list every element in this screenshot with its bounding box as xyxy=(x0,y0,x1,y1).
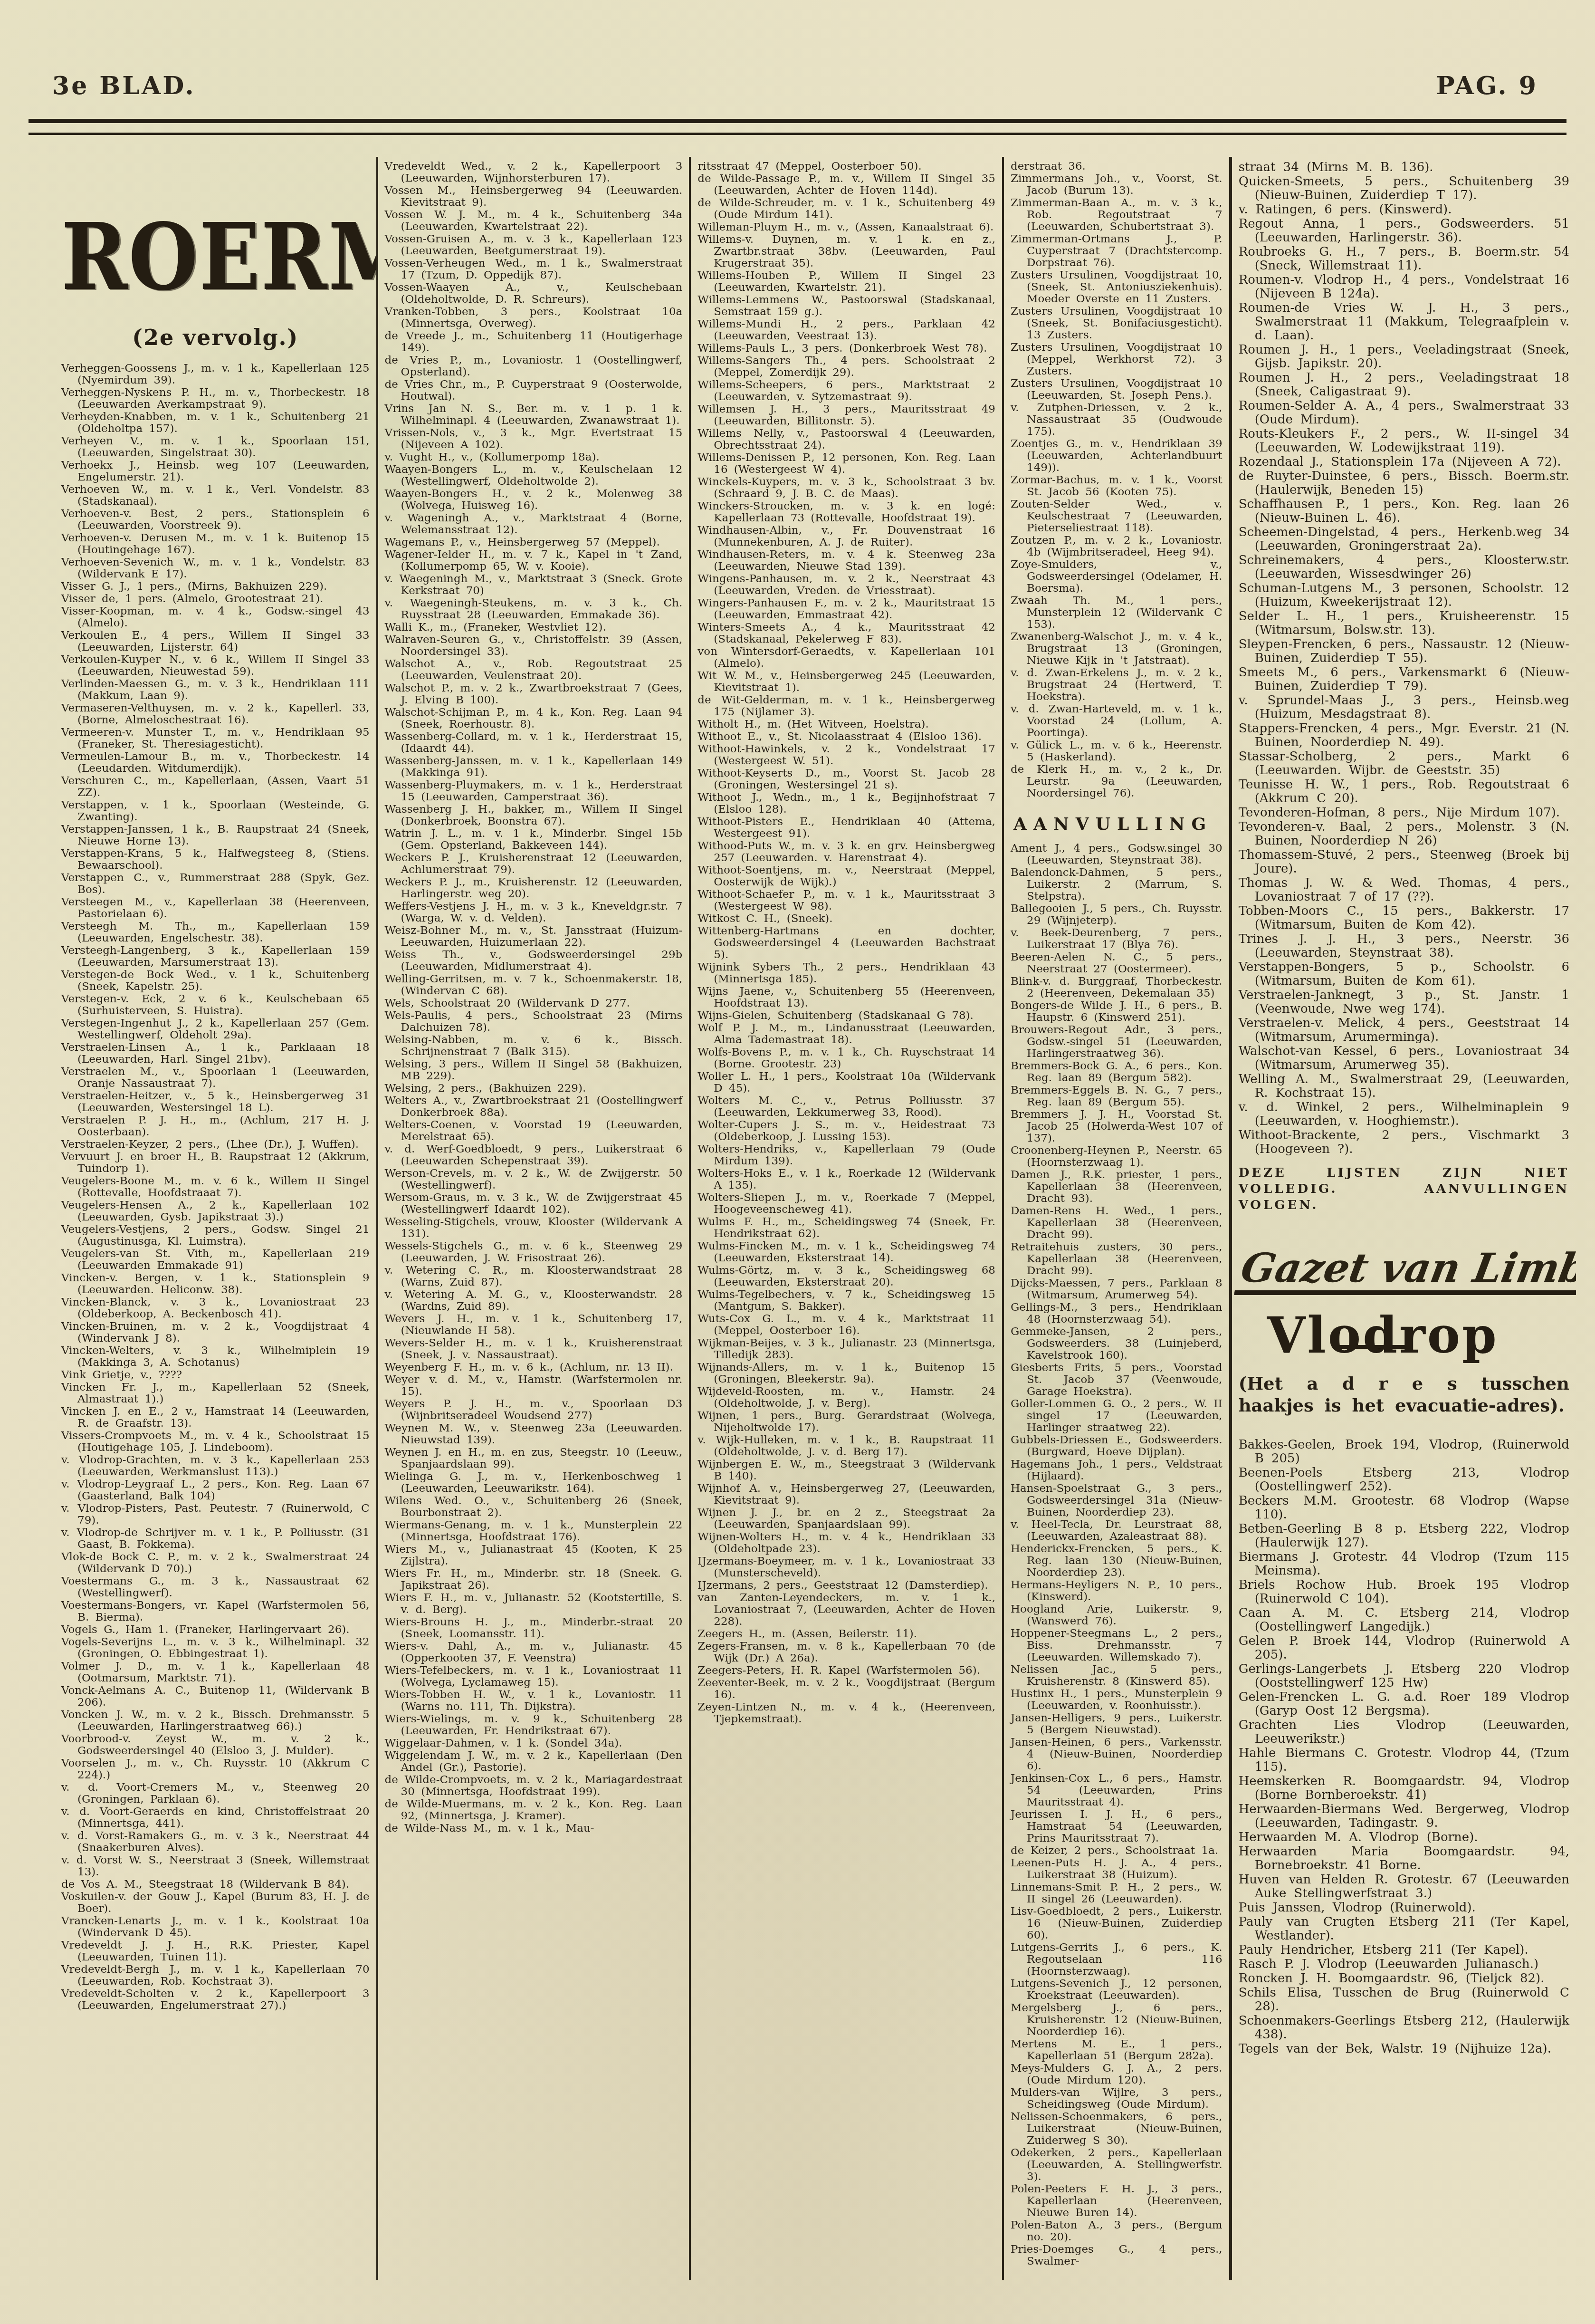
directory-entry: Verhoeven W., m. v. 1 k., Verl. Vondelst… xyxy=(61,484,370,508)
directory-entry: Selder L. H., 1 pers., Kruisheerenstr. 1… xyxy=(1239,610,1569,637)
directory-entry: Verlinden-Maessen G., m. v. 3 k., Hendri… xyxy=(61,678,370,702)
directory-entry: Wiers-Wielings, m. v. 9 k., Schuitenberg… xyxy=(385,1713,683,1737)
directory-entry: Herwaarden-Biermans Wed. Bergerweg, Vlod… xyxy=(1239,1803,1569,1830)
directory-entry: Visser-Koopman, m. v. 4 k., Godsw.-singe… xyxy=(61,605,370,629)
directory-entry: Withoot-Pisters E., Hendriklaan 40 (Atte… xyxy=(697,816,995,840)
directory-entry: Rasch P. J. Vlodrop (Leeuwarden Julianas… xyxy=(1239,1958,1569,1971)
directory-entry: Goller-Lommen G. O., 2 pers., W. II sing… xyxy=(1011,1398,1223,1434)
directory-entry: Schoenmakers-Geerlings Etsberg 212, (Hau… xyxy=(1239,2014,1569,2042)
directory-entry: Hermans-Heyligers N. P., 10 pers., (Kins… xyxy=(1011,1579,1223,1603)
directory-entry: Grachten Lies Vlodrop (Leeuwarden, Leeuw… xyxy=(1239,1719,1569,1746)
column-1: ROERMOND (2e vervolg.) Verheggen-Goossen… xyxy=(55,157,376,2280)
city-title: ROERMOND xyxy=(61,213,370,300)
directory-entry: Verheggen-Nyskens P. H., m. v., Thorbeck… xyxy=(61,387,370,411)
directory-entry: Linnemans-Smit P. H., 2 pers., W. II sin… xyxy=(1011,1882,1223,1905)
directory-entry: Vredeveldt-Bergh J., m. v. 1 k., Kapelle… xyxy=(61,1964,370,1988)
directory-entry: Weckers P. J., m., Kruisherenstr. 12 (Le… xyxy=(385,876,683,900)
directory-list-col4-top: derstraat 36.Zimmermans Joh., v., Voorst… xyxy=(1011,161,1223,799)
directory-entry: de Wilde-Muermans, m. v. 2 k., Kon. Reg.… xyxy=(385,1798,683,1822)
directory-entry: Willems-Pauls L., 3 pers. (Donkerbroek W… xyxy=(697,343,995,355)
directory-entry: Wagemans P., v., Heinsbergerweg 57 (Mepp… xyxy=(385,537,683,548)
directory-entry: Verhoeven-v. Derusen M., m. v. 1 k. Buit… xyxy=(61,532,370,556)
directory-entry: Zimmerman-Ortmans J., P. Cuyperstraat 7 … xyxy=(1011,233,1223,269)
directory-entry: IJzermans, 2 pers., Geeststraat 12 (Dams… xyxy=(697,1580,995,1592)
directory-entry: Meys-Mulders G. J. A., 2 pers. (Oude Mir… xyxy=(1011,2063,1223,2086)
directory-entry: Schils Elisa, Tusschen de Brug (Ruinerwo… xyxy=(1239,1986,1569,2014)
page-header: 3e BLAD. PAG. 9 xyxy=(52,71,1538,100)
directory-entry: Wersom-Graus, m. v. 3 k., W. de Zwijgers… xyxy=(385,1192,683,1216)
directory-entry: Wels-Paulis, 4 pers., Schoolstraat 23 (M… xyxy=(385,1010,683,1034)
directory-entry: Verstraelen-v. Melick, 4 pers., Geeststr… xyxy=(1239,1017,1569,1044)
directory-entry: Wijnhof A. v., Heinsbergerweg 27, (Leeuw… xyxy=(697,1483,995,1507)
directory-entry: Wiers-Tefelbeckers, m. v. 1 k., Lovanios… xyxy=(385,1665,683,1689)
directory-entry: derstraat 36. xyxy=(1011,161,1223,173)
directory-entry: Caan A. M. C. Etsberg 214, Vlodrop (Oost… xyxy=(1239,1606,1569,1634)
directory-entry: Wijnands-Allers, m. v. 1 k., Buitenop 15… xyxy=(697,1362,995,1385)
directory-entry: Wijkman-Beijes, v. 3 k., Julianastr. 23 … xyxy=(697,1337,995,1361)
directory-entry: Waayen-Bongers L., m. v., Keulschelaan 1… xyxy=(385,464,683,488)
directory-entry: Veugelers-van St. Vith, m., Kapellerlaan… xyxy=(61,1248,370,1272)
directory-entry: Sleypen-Frencken, 6 pers., Nassaustr. 12… xyxy=(1239,638,1569,665)
directory-entry: de Wilde-Passage P., m. v., Willem II Si… xyxy=(697,173,995,197)
directory-entry: Tobben-Moors C., 15 pers., Bakkerstr. 17… xyxy=(1239,904,1569,932)
directory-entry: de Wit-Gelderman, m. v. 1 k., Heinsberge… xyxy=(697,694,995,718)
directory-entry: Vincken-Welters, v. 3 k., Wilhelmiplein … xyxy=(61,1345,370,1369)
column-5: straat 34 (Mirns M. B. 136).Quicken-Smee… xyxy=(1229,157,1576,2280)
directory-entry: Walli K., m., (Franeker, Westvliet 12). xyxy=(385,622,683,634)
directory-entry: Jansen-Heinen, 6 pers., Varkensstr. 4 (N… xyxy=(1011,1737,1223,1772)
directory-entry: Huven van Helden R. Grotestr. 67 (Leeuwa… xyxy=(1239,1873,1569,1901)
directory-entry: Wulms-Fincken M., m. v. 1 k., Scheidings… xyxy=(697,1240,995,1264)
directory-entry: Blink-v. d. Burggraaf, Thorbeckestr. 2 (… xyxy=(1011,976,1223,999)
directory-entry: Willems-Denissen P., 12 personen, Kon. R… xyxy=(697,452,995,476)
directory-entry: Beeren-Aelen N. C., 5 pers., Neerstraat … xyxy=(1011,951,1223,975)
directory-entry: Witkost C. H., (Sneek). xyxy=(697,913,995,925)
directory-entry: Wiers M., v., Julianastraat 45 (Kooten, … xyxy=(385,1544,683,1567)
directory-entry: Herwaarden Maria Boomgaardstr. 94, Borne… xyxy=(1239,1845,1569,1873)
directory-entry: Damen J., R.K. priester, 1 pers., Kapell… xyxy=(1011,1169,1223,1205)
directory-entry: Wingens-Panhausen, m. v. 2 k., Neerstraa… xyxy=(697,573,995,597)
directory-entry: Voncken J. W., m. v. 2 k., Bissch. Drehm… xyxy=(61,1709,370,1733)
directory-entry: Nelissen-Schoenmakers, 6 pers., Luikerst… xyxy=(1011,2111,1223,2147)
directory-entry: Vranken-Tobben, 3 pers., Koolstraat 10a … xyxy=(385,306,683,330)
directory-entry: Hansen-Spoelstraat G., 3 pers., Godsweer… xyxy=(1011,1483,1223,1518)
directory-entry: Vissers-Crompvoets M., m. v. 4 k., Schoo… xyxy=(61,1430,370,1454)
directory-entry: Wijnen, 1 pers., Burg. Gerardstraat (Wol… xyxy=(697,1410,995,1434)
directory-entry: Zusters Ursulinen, Voogdijstraat 10, (Sn… xyxy=(1011,269,1223,305)
directory-entry: Betben-Geerling B 8 p. Etsberg 222, Vlod… xyxy=(1239,1522,1569,1550)
directory-entry: Wulms-Görtz, m. v. 3 k., Scheidingsweg 6… xyxy=(697,1265,995,1288)
directory-entry: Vogels-Severijns L., m. v. 3 k., Wilhelm… xyxy=(61,1636,370,1660)
directory-entry: Willems-Houben P., Willem II Singel 23 (… xyxy=(697,270,995,294)
directory-entry: v. d. Zwan-Harteveld, m. v. 1 k., Voorst… xyxy=(1011,703,1223,739)
directory-entry: van Zanten-Leyendeckers, m. v. 1 k., Lov… xyxy=(697,1592,995,1628)
directory-entry: Versteegen M., v., Kapellerlaan 38 (Heer… xyxy=(61,896,370,920)
directory-entry: Willems-v. Duynen, m. v. 1 k. en z., Zwa… xyxy=(697,234,995,269)
directory-entry: Windhausen-Albin, v., Fr. Douvenstraat 1… xyxy=(697,525,995,548)
directory-entry: v. Wetering A. M. G., v., Kloosterwandst… xyxy=(385,1289,683,1313)
directory-entry: Verschuren C., m., Kapellerlaan, (Assen,… xyxy=(61,775,370,799)
directory-entry: Wingers-Panhausen F., m. v. 2 k., Maurit… xyxy=(697,597,995,621)
directory-entry: Herwaarden M. A. Vlodrop (Borne). xyxy=(1239,1831,1569,1844)
directory-entry: Wolfs-Bovens P., m. v. 1 k., Ch. Ruyschs… xyxy=(697,1047,995,1070)
directory-entry: Vossen-Waayen A., v., Keulschebaan (Olde… xyxy=(385,282,683,306)
directory-entry: Nelissen Jac., 5 pers., Kruisherenstr. 8… xyxy=(1011,1664,1223,1688)
directory-list-col5-top: straat 34 (Mirns M. B. 136).Quicken-Smee… xyxy=(1239,161,1569,1156)
directory-entry: Windhausen-Reters, m. v. 4 k. Steenweg 2… xyxy=(697,549,995,573)
directory-entry: Wiers-v. Dahl, A., m. v., Julianastr. 45… xyxy=(385,1641,683,1664)
directory-entry: de Vries Chr., m., P. Cuyperstraat 9 (Oo… xyxy=(385,379,683,403)
directory-entry: Withoot-Schaefer P., m. v. 1 k., Maurits… xyxy=(697,889,995,912)
directory-entry: Wassenberg-Janssen, m. v. 1 k., Kapeller… xyxy=(385,755,683,779)
directory-entry: de Vos A. M., Steegstraat 18 (Wildervank… xyxy=(61,1879,370,1891)
directory-entry: Polen-Peeters F. H. J., 3 pers., Kapelle… xyxy=(1011,2183,1223,2219)
directory-entry: Weisz-Bohner M., m. v., St. Jansstraat (… xyxy=(385,925,683,949)
directory-entry: de Wilde-Nass M., m. v. 1 k., Mau- xyxy=(385,1823,683,1834)
directory-entry: Verheyden-Knabben, m. v. 1 k., Schuitenb… xyxy=(61,411,370,435)
directory-entry: Zwanenberg-Walschot J., m. v. 4 k., Brug… xyxy=(1011,631,1223,667)
directory-entry: Damen-Rens H. Wed., 1 pers., Kapellerlaa… xyxy=(1011,1205,1223,1241)
directory-entry: v. Wijk-Hulleken, m. v. 1 k., B. Raupstr… xyxy=(697,1434,995,1458)
directory-entry: v. Sprundel-Maas J., 3 pers., Heinsb.weg… xyxy=(1239,694,1569,721)
directory-entry: Wijns-Gielen, Schuitenberg (Stadskanaal … xyxy=(697,1010,995,1022)
directory-entry: Verstraelen M., v., Spoorlaan 1 (Leeuwar… xyxy=(61,1066,370,1090)
directory-entry: Vossen W. J. M., m. 4 k., Schuitenberg 3… xyxy=(385,209,683,233)
directory-entry: Walraven-Seuren G., v., Christoffelstr. … xyxy=(385,634,683,658)
directory-entry: v. Vlodrop-Pisters, Past. Peutestr. 7 (R… xyxy=(61,1503,370,1527)
directory-entry: Wolter-Cupers J. S., m. v., Heidestraat … xyxy=(697,1119,995,1143)
directory-entry: Winters-Smeets A., 4 k., Mauritsstraat 4… xyxy=(697,622,995,645)
directory-list-col3: ritsstraat 47 (Meppel, Oosterboer 50).de… xyxy=(697,161,995,1725)
directory-entry: Ballegooien J., 5 pers., Ch. Ruysstr. 29… xyxy=(1011,903,1223,927)
directory-entry: Zegers-Fransen, m. v. 8 k., Kapellerbaan… xyxy=(697,1641,995,1664)
directory-entry: v. Wetering C. R., m. Kloosterwandstraat… xyxy=(385,1265,683,1288)
directory-entry: Gelen P. Broek 144, Vlodrop (Ruinerwold … xyxy=(1239,1634,1569,1662)
directory-entry: Jenkinsen-Cox L., 6 pers., Hamstr. 54 (L… xyxy=(1011,1773,1223,1808)
directory-entry: Wevers-Selder H., m. v. 1 k., Kruisheren… xyxy=(385,1337,683,1361)
directory-entry: Vermeulen-Lamour B., m. v., Thorbeckestr… xyxy=(61,751,370,775)
directory-entry: Wielinga G. J., m. v., Herkenboschweg 1 … xyxy=(385,1471,683,1495)
directory-entry: Vincken-Bruinen, m. v. 2 k., Voogdijstra… xyxy=(61,1321,370,1344)
directory-entry: v. Vught H., v., (Kollumerpomp 18a). xyxy=(385,451,683,463)
directory-entry: Zouten-Selder Wed., v. Keulschestraat 7 … xyxy=(1011,499,1223,534)
directory-entry: Lutgens-Gerrits J., 6 pers., K. Regoutse… xyxy=(1011,1942,1223,1978)
directory-entry: Bremmers J. J. H., Voorstad St. Jacob 25… xyxy=(1011,1109,1223,1144)
directory-entry: Zormar-Bachus, m. v. 1 k., Voorst St. Ja… xyxy=(1011,474,1223,498)
directory-entry: Routs-Kleukers F., 2 pers., W. II-singel… xyxy=(1239,427,1569,455)
directory-entry: Gelen-Frencken L. G. a.d. Roer 189 Vlodr… xyxy=(1239,1690,1569,1718)
directory-entry: Wiers F. H., m. v., Julianastr. 52 (Koot… xyxy=(385,1592,683,1616)
directory-entry: Wolters-Hendriks, v., Kapellerlaan 79 (O… xyxy=(697,1143,995,1167)
directory-entry: Wassenberg J. H., bakker, m., Willem II … xyxy=(385,804,683,827)
directory-entry: Retraitehuis zusters, 30 pers., Kapeller… xyxy=(1011,1241,1223,1277)
vlodrop-heading: Vlodrop xyxy=(1267,1328,1569,1342)
directory-entry: Zusters Ursulinen, Voogdijstraat 10 (Sne… xyxy=(1011,306,1223,341)
directory-entry: Vincken Fr. J., m., Kapellerlaan 52 (Sne… xyxy=(61,1382,370,1405)
directory-entry: Wolters M. C., v., Petrus Polliusstr. 37… xyxy=(697,1095,995,1119)
directory-entry: Mertens M. E., 1 pers., Kapellerlaan 51 … xyxy=(1011,2038,1223,2062)
directory-entry: de Klerk H., m. v., 2 k., Dr. Leurstr. 9… xyxy=(1011,764,1223,799)
directory-entry: Vossen-Verheugen Wed., m. 1 k., Swalmers… xyxy=(385,258,683,281)
directory-entry: Verkoulen E., 4 pers., Willem II Singel … xyxy=(61,630,370,653)
directory-entry: Zeyen-Lintzen N., m. v. 4 k., (Heerenvee… xyxy=(697,1701,995,1725)
directory-entry: Voorselen J., m. v., Ch. Ruysstr. 10 (Ak… xyxy=(61,1757,370,1781)
directory-entry: Welters A., v., Zwartbroekstraat 21 (Oos… xyxy=(385,1095,683,1119)
directory-entry: Schuman-Lutgens M., 3 personen, Schoolst… xyxy=(1239,582,1569,609)
directory-entry: v. Waegeningh-Steukens, m. v. 3 k., Ch. … xyxy=(385,597,683,621)
directory-entry: Versteegh-Langenberg, 3 k., Kapellerlaan… xyxy=(61,945,370,969)
directory-entry: Withoot-Keyserts D., m., Voorst St. Jaco… xyxy=(697,768,995,791)
directory-entry: Roubroeks G. H., 7 pers., B. Boerm.str. … xyxy=(1239,245,1569,273)
directory-entry: v. d. Zwan-Erkelens J., m. v. 2 k., Brug… xyxy=(1011,667,1223,703)
directory-entry: Verheggen-Goossens J., m. v. 1 k., Kapel… xyxy=(61,363,370,386)
directory-entry: Odekerken, 2 pers., Kapellerlaan (Leeuwa… xyxy=(1011,2147,1223,2183)
directory-entry: Wittenberg-Hartmans en dochter, Godsweer… xyxy=(697,925,995,961)
directory-entry: Waayen-Bongers H., v. 2 k., Molenweg 38 … xyxy=(385,488,683,512)
directory-entry: Roncken J. H. Boomgaardstr. 96, (Tieljck… xyxy=(1239,1972,1569,1986)
directory-entry: Roumen-de Vries W. J. H., 3 pers., Swalm… xyxy=(1239,301,1569,343)
gazet-van-limburg-logo: Gazet van Limburg xyxy=(1234,1242,1576,1295)
directory-entry: Gemmeke-Jansen, 2 pers., Godsweerders. 3… xyxy=(1011,1326,1223,1362)
directory-entry: Bakkes-Geelen, Broek 194, Vlodrop, (Ruin… xyxy=(1239,1438,1569,1466)
directory-entry: Thomassem-Stuvé, 2 pers., Steenweg (Broe… xyxy=(1239,848,1569,876)
directory-entry: Vrissen-Nols, v., 3 k., Mgr. Evertstraat… xyxy=(385,427,683,451)
directory-entry: Withoot-Hawinkels, v. 2 k., Vondelstraat… xyxy=(697,743,995,767)
directory-entry: Willemsen J. H., 3 pers., Mauritsstraat … xyxy=(697,403,995,427)
directory-entry: Wijnen J. J., br. en 2 z., Steegstraat 2… xyxy=(697,1507,995,1531)
directory-entry: de Ruyter-Duinstee, 6 pers., Bissch. Boe… xyxy=(1239,470,1569,497)
directory-entry: Wevers J. H., m. v. 1 k., Schuitenberg 1… xyxy=(385,1313,683,1337)
directory-entry: von Wintersdorf-Geraedts, v. Kapellerlaa… xyxy=(697,646,995,670)
directory-entry: Zoentjes G., m. v., Hendriklaan 39 (Leeu… xyxy=(1011,438,1223,474)
directory-entry: Werson-Crevels, m. v. 2 k., W. de Zwijge… xyxy=(385,1168,683,1191)
directory-entry: de Wilde-Crompvoets, m. v. 2 k., Mariaga… xyxy=(385,1774,683,1798)
directory-entry: Zusters Ursulinen, Voogdijstraat 10 (Lee… xyxy=(1011,378,1223,402)
directory-entry: Vermeeren-v. Munster T., m. v., Hendrikl… xyxy=(61,727,370,750)
directory-entry: Hoppener-Steegmans L., 2 pers., Biss. Dr… xyxy=(1011,1628,1223,1663)
directory-entry: Verstraelen-Keyzer, 2 pers., (Lhee (Dr.)… xyxy=(61,1139,370,1151)
directory-entry: Verhoeven-v. Best, 2 pers., Stationsplei… xyxy=(61,508,370,532)
directory-entry: Scheemen-Dingelstad, 4 pers., Herkenb.we… xyxy=(1239,526,1569,553)
directory-entry: Zeegers-Peters, H. R. Kapel (Warfstermol… xyxy=(697,1665,995,1677)
directory-entry: Weyers P. J. H., m. v., Spoorlaan D3 (Wi… xyxy=(385,1398,683,1422)
directory-entry: Hagemans Joh., 1 pers., Veldstraat (Hijl… xyxy=(1011,1459,1223,1482)
directory-entry: Wulms F. H., m., Scheidingsweg 74 (Sneek… xyxy=(697,1216,995,1240)
directory-entry: Puis Janssen, Vlodrop (Ruinerwold). xyxy=(1239,1901,1569,1915)
column-4: derstraat 36.Zimmermans Joh., v., Voorst… xyxy=(1002,157,1229,2280)
directory-entry: v. Waegeningh M., v., Marktstraat 3 (Sne… xyxy=(385,573,683,597)
directory-entry: Beenen-Poels Etsberg 213, Vlodrop (Ooste… xyxy=(1239,1466,1569,1494)
directory-entry: Welling A. M., Swalmerstraat 29, (Leeuwa… xyxy=(1239,1073,1569,1100)
directory-entry: Wiers-Tobben H. W., v. 1 k., Lovaniostr.… xyxy=(385,1689,683,1713)
directory-entry: Vossen-Gruisen A., m. v. 3 k., Kapellerl… xyxy=(385,233,683,257)
directory-entry: Voestermans-Bongers, vr. Kapel (Warfster… xyxy=(61,1600,370,1623)
directory-entry: Roumen J. H., 2 pers., Veeladingstraat 1… xyxy=(1239,371,1569,399)
directory-entry: Vonck-Aelmans A. C., Buitenop 11, (Wilde… xyxy=(61,1685,370,1709)
directory-entry: v. d. Winkel, 2 pers., Wilhelminaplein 9… xyxy=(1239,1101,1569,1128)
directory-entry: Vincken-Blanck, v. 3 k., Lovaniostraat 2… xyxy=(61,1296,370,1320)
directory-entry: Jeurissen I. J. H., 6 pers., Hamstraat 5… xyxy=(1011,1809,1223,1844)
directory-entry: Vink Grietje, v., ???? xyxy=(61,1369,370,1381)
directory-entry: Wiermans-Genang, m. v. 1 k., Munsterplei… xyxy=(385,1519,683,1543)
directory-entry: Visser G. J., 1 pers., (Mirns, Bakhuizen… xyxy=(61,581,370,593)
column-3: ritsstraat 47 (Meppel, Oosterboer 50).de… xyxy=(689,157,1002,2280)
directory-entry: Verstraelen-Janknegt, 3 p., St. Janstr. … xyxy=(1239,989,1569,1016)
directory-entry: Zoye-Smulders, v., Godsweerdersingel (Od… xyxy=(1011,559,1223,595)
directory-entry: Wijnbergen E. W., m., Steegstraat 3 (Wil… xyxy=(697,1459,995,1482)
directory-entry: Withoot E., v., St. Nicolaasstraat 4 (El… xyxy=(697,731,995,743)
directory-entry: Walschot-Schijman P., m. 4 k., Kon. Reg.… xyxy=(385,707,683,730)
directory-entry: Wuts-Cox G. L., m. v. 4 k., Marktstraat … xyxy=(697,1313,995,1337)
directory-entry: Zeeventer-Beek, m. v. 2 k., Voogdijstraa… xyxy=(697,1677,995,1701)
directory-entry: Verstraelen P. J. H., m., (Achlum, 217 H… xyxy=(61,1114,370,1138)
directory-list-col2: Vredeveldt Wed., v. 2 k., Kapellerpoort … xyxy=(385,161,683,1834)
directory-entry: Willems-Scheepers, 6 pers., Marktstraat … xyxy=(697,379,995,403)
directory-entry: v. Gülick L., m. v. 6 k., Heerenstr. 5 (… xyxy=(1011,739,1223,763)
directory-entry: Versteegh M. Th., m., Kapellerlaan 159 (… xyxy=(61,921,370,944)
column-2: Vredeveldt Wed., v. 2 k., Kapellerpoort … xyxy=(376,157,689,2280)
directory-entry: Wijdeveld-Roosten, m. v., Hamstr. 24 (Ol… xyxy=(697,1386,995,1410)
directory-entry: Roumen-Selder A. A., 4 pers., Swalmerstr… xyxy=(1239,399,1569,427)
directory-entry: Vrancken-Lenarts J., m. v. 1 k., Koolstr… xyxy=(61,1915,370,1939)
directory-entry: Lutgens-Sevenich J., 12 personen, Kroeks… xyxy=(1011,1978,1223,2002)
directory-entry: Hoogland Arie, Luikerstr. 9, (Wanswerd 7… xyxy=(1011,1604,1223,1627)
directory-entry: Verstappen-Krans, 5 k., Halfwegsteeg 8, … xyxy=(61,848,370,872)
directory-entry: Wassenberg-Pluymakers, m. v. 1 k., Herde… xyxy=(385,779,683,803)
directory-entry: Welling-Gerritsen, m. v. 7 k., Schoenmak… xyxy=(385,973,683,997)
directory-entry: Wijnen-Wolters H., m. v. 4 k., Hendrikla… xyxy=(697,1531,995,1555)
directory-entry: Pauly Hendricher, Etsberg 211 (Ter Kapel… xyxy=(1239,1943,1569,1957)
directory-entry: Mulders-van Wijlre, 3 pers., Scheidingsw… xyxy=(1011,2087,1223,2111)
directory-entry: Wessels-Stigchels G., m. v. 6 k., Steenw… xyxy=(385,1240,683,1264)
directory-entry: Walschot P., m. v. 2 k., Zwartbroekstraa… xyxy=(385,682,683,706)
directory-entry: v. d. Vorst-Ramakers G., m. v. 3 k., Nee… xyxy=(61,1830,370,1854)
directory-entry: v. d. Voort-Cremers M., v., Steenweg 20 … xyxy=(61,1782,370,1805)
directory-entry: Bongers-de Wilde J. H., 6 pers., B. Haup… xyxy=(1011,1000,1223,1024)
directory-entry: Wels, Schoolstraat 20 (Wildervank D 277. xyxy=(385,998,683,1009)
directory-entry: v. d. Vorst W. S., Neerstraat 3 (Sneek, … xyxy=(61,1854,370,1878)
aanvulling-heading: AANVULLING xyxy=(1013,818,1223,830)
directory-entry: Smeets M., 6 pers., Varkensmarkt 6 (Nieu… xyxy=(1239,666,1569,693)
directory-entry: Verstegen-Ingenhut J., 2 k., Kapellerlaa… xyxy=(61,1018,370,1041)
directory-entry: Tegels van der Bek, Walstr. 19 (Nijhuize… xyxy=(1239,2042,1569,2056)
directory-entry: Gubbels-Driessen E., Godsweerders. (Burg… xyxy=(1011,1434,1223,1458)
directory-entry: Wijnink Sybers Th., 2 pers., Hendriklaan… xyxy=(697,961,995,985)
directory-entry: Welters-Coenen, v. Voorstad 19 (Leeuward… xyxy=(385,1119,683,1143)
directory-entry: Walschot A., v., Rob. Regoutstraat 25 (L… xyxy=(385,658,683,682)
directory-entry: Willems-Sangers Th., 4 pers. Schoolstraa… xyxy=(697,355,995,379)
directory-entry: v. d. Voort-Geraerds en kind, Christoffe… xyxy=(61,1806,370,1830)
directory-entry: Lisv-Goedbloedt, 2 pers., Luikerstr. 16 … xyxy=(1011,1906,1223,1941)
directory-entry: Wesseling-Stigchels, vrouw, Klooster (Wi… xyxy=(385,1216,683,1240)
incomplete-lists-notice: DEZE LIJSTEN ZIJN NIET VOLLEDIG. AANVULL… xyxy=(1239,1165,1569,1213)
directory-entry: Voorbrood-v. Zeyst W., m. v. 2 k., Godsw… xyxy=(61,1733,370,1757)
directory-entry: Verstraelen-Heitzer, v., 5 k., Heinsberg… xyxy=(61,1090,370,1114)
city-subtitle: (2e vervolg.) xyxy=(61,332,370,344)
directory-entry: Brouwers-Regout Adr., 3 pers., Godsw.-si… xyxy=(1011,1024,1223,1060)
directory-entry: Vlok-de Bock C. P., m. v. 2 k., Swalmers… xyxy=(61,1551,370,1575)
directory-entry: Verstappen-Bongers, 5 p., Schoolstr. 6 (… xyxy=(1239,960,1569,988)
directory-entry: Thomas J. W. & Wed. Thomas, 4 pers., Lov… xyxy=(1239,876,1569,904)
directory-entry: Briels Rochow Hub. Broek 195 Vlodrop (Ru… xyxy=(1239,1578,1569,1606)
directory-entry: Vincken J. en E., 2 v., Hamstraat 14 (Le… xyxy=(61,1406,370,1430)
directory-entry: Vogels G., Ham 1. (Franeker, Harlingerva… xyxy=(61,1624,370,1636)
directory-entry: Zoutzen P., m. v. 2 k., Lovaniostr. 4b (… xyxy=(1011,535,1223,558)
directory-entry: Jansen-Helligers, 9 pers., Luikerstr. 5 … xyxy=(1011,1712,1223,1736)
directory-entry: Watrin J. L., m. v. 1 k., Minderbr. Sing… xyxy=(385,828,683,852)
directory-entry: Wilens Wed. O., v., Schuitenberg 26 (Sne… xyxy=(385,1495,683,1519)
directory-entry: Verstegen-v. Eck, 2 v. 6 k., Keulschebaa… xyxy=(61,993,370,1017)
directory-entry: Walschot-van Kessel, 6 pers., Lovaniostr… xyxy=(1239,1045,1569,1072)
directory-entry: Roumen-v. Vlodrop H., 4 pers., Vondelstr… xyxy=(1239,273,1569,301)
directory-entry: Wiggelaar-Dahmen, v. 1 k. (Sondel 34a). xyxy=(385,1738,683,1749)
directory-entry: Verhoeven-Sevenich W., m. v. 1 k., Vonde… xyxy=(61,557,370,580)
directory-entry: v. Wageningh A., v., Marktstraat 4 (Born… xyxy=(385,512,683,536)
directory-entry: Weiss Th., v., Godsweerdersingel 29b (Le… xyxy=(385,949,683,973)
directory-entry: Wagener-Ielder H., m. v. 7 k., Kapel in … xyxy=(385,549,683,573)
directory-entry: Wolters-Sliepen J., m. v., Roerkade 7 (M… xyxy=(697,1192,995,1216)
directory-entry: Balendonck-Dahmen, 5 pers., Luikerstr. 2… xyxy=(1011,867,1223,903)
directory-entry: Polen-Baton A., 3 pers., (Bergum no. 20)… xyxy=(1011,2219,1223,2243)
city-masthead: ROERMOND (2e vervolg.) xyxy=(61,213,370,344)
directory-entry: Voestermans G., m. 3 k., Nassaustraat 62… xyxy=(61,1575,370,1599)
directory-entry: Pauly van Crugten Etsberg 211 (Ter Kapel… xyxy=(1239,1915,1569,1943)
directory-entry: Welsing-Nabben, m. v. 6 k., Bissch. Schr… xyxy=(385,1034,683,1058)
directory-entry: v. Vlodrop-de Schrijver m. v. 1 k., P. P… xyxy=(61,1527,370,1551)
directory-entry: Visser de, 1 pers. (Almelo, Grootestraat… xyxy=(61,593,370,605)
directory-entry: Weffers-Vestjens J. H., m. v. 3 k., Knev… xyxy=(385,901,683,924)
directory-entry: Withood-Puts W., m. v. 3 k. en grv. Hein… xyxy=(697,840,995,864)
directory-entry: ritsstraat 47 (Meppel, Oosterboer 50). xyxy=(697,161,995,173)
directory-entry: Withoot-Soentjens, m. v., Neerstraat (Me… xyxy=(697,864,995,888)
directory-entry: Tevonderen-v. Baal, 2 pers., Molenstr. 3… xyxy=(1239,820,1569,848)
directory-entry: Gellings-M., 3 pers., Hendriklaan 48 (Ho… xyxy=(1011,1302,1223,1325)
directory-entry: Verstegen-de Bock Wed., v. 1 k., Schuite… xyxy=(61,969,370,993)
directory-entry: Willems-Lemmens W., Pastoorswal (Stadska… xyxy=(697,294,995,318)
directory-entry: Verhoekx J., Heinsb. weg 107 (Leeuwarden… xyxy=(61,460,370,483)
directory-entry: Schaffhausen P., 1 pers., Kon. Reg. laan… xyxy=(1239,498,1569,525)
directory-entry: Vossen M., Heinsbergerweg 94 (Leeuwarden… xyxy=(385,185,683,209)
directory-entry: Zimmermans Joh., v., Voorst, St. Jacob (… xyxy=(1011,173,1223,197)
directory-entry: Ament J., 4 pers., Godsw.singel 30 (Leeu… xyxy=(1011,843,1223,866)
directory-entry: Trines J. J. H., 3 pers., Neerstr. 36 (L… xyxy=(1239,932,1569,960)
directory-entry: v. Beek-Deurenberg, 7 pers., Luikerstraa… xyxy=(1011,927,1223,951)
directory-entry: v. Heel-Tecla, Dr. Leurstraat 88, (Leeuw… xyxy=(1011,1519,1223,1543)
page-number-label: PAG. 9 xyxy=(1436,71,1538,100)
directory-entry: Weynen J. en H., m. en zus, Steegstr. 10… xyxy=(385,1447,683,1470)
directory-entry: Giesberts Frits, 5 pers., Voorstad St. J… xyxy=(1011,1362,1223,1398)
directory-entry: de Vreede J., m., Schuitenberg 11 (Houti… xyxy=(385,330,683,354)
directory-entry: Teunisse H. W., 1 pers., Rob. Regoutstra… xyxy=(1239,778,1569,806)
edition-label: 3e BLAD. xyxy=(52,71,196,100)
directory-entry: Winckels-Kuypers, m. v. 3 k., Schoolstra… xyxy=(697,476,995,500)
directory-entry: Hahle Biermans C. Grotestr. Vlodrop 44, … xyxy=(1239,1747,1569,1774)
directory-entry: Tevonderen-Hofman, 8 pers., Nije Mirdum … xyxy=(1239,806,1569,820)
directory-entry: Zusters Ursulinen, Voogdijstraat 10 (Mep… xyxy=(1011,342,1223,377)
directory-entry: Vermaseren-Velthuysen, m. v. 2 k., Kapel… xyxy=(61,702,370,726)
directory-entry: Verkoulen-Kuyper N., v. 6 k., Willem II … xyxy=(61,654,370,678)
directory-entry: Vincken-v. Bergen, v. 1 k., Stationsplei… xyxy=(61,1272,370,1296)
directory-entry: Weyer v. d. M., v., Hamstr. (Warfstermol… xyxy=(385,1374,683,1398)
directory-entry: Weynen M. W., v. Steenweg 23a (Leeuwarde… xyxy=(385,1422,683,1446)
directory-entry: Vrins Jan N. S., Ber. m. v. 1 p. 1 k. Wi… xyxy=(385,403,683,427)
directory-entry: Zimmerman-Baan A., m. v. 3 k., Rob. Rego… xyxy=(1011,197,1223,233)
directory-entry: Wolf P. J. M., m., Lindanusstraat (Leeuw… xyxy=(697,1022,995,1046)
directory-entry: Willems-Mundi H., 2 pers., Parklaan 42 (… xyxy=(697,318,995,342)
directory-entry: Welsing, 3 pers., Willem II Singel 58 (B… xyxy=(385,1058,683,1082)
directory-entry: Voskuilen-v. der Gouw J., Kapel (Burum 8… xyxy=(61,1891,370,1915)
directory-entry: de Keizer, 2 pers., Schoolstraat 1a. xyxy=(1011,1845,1223,1857)
